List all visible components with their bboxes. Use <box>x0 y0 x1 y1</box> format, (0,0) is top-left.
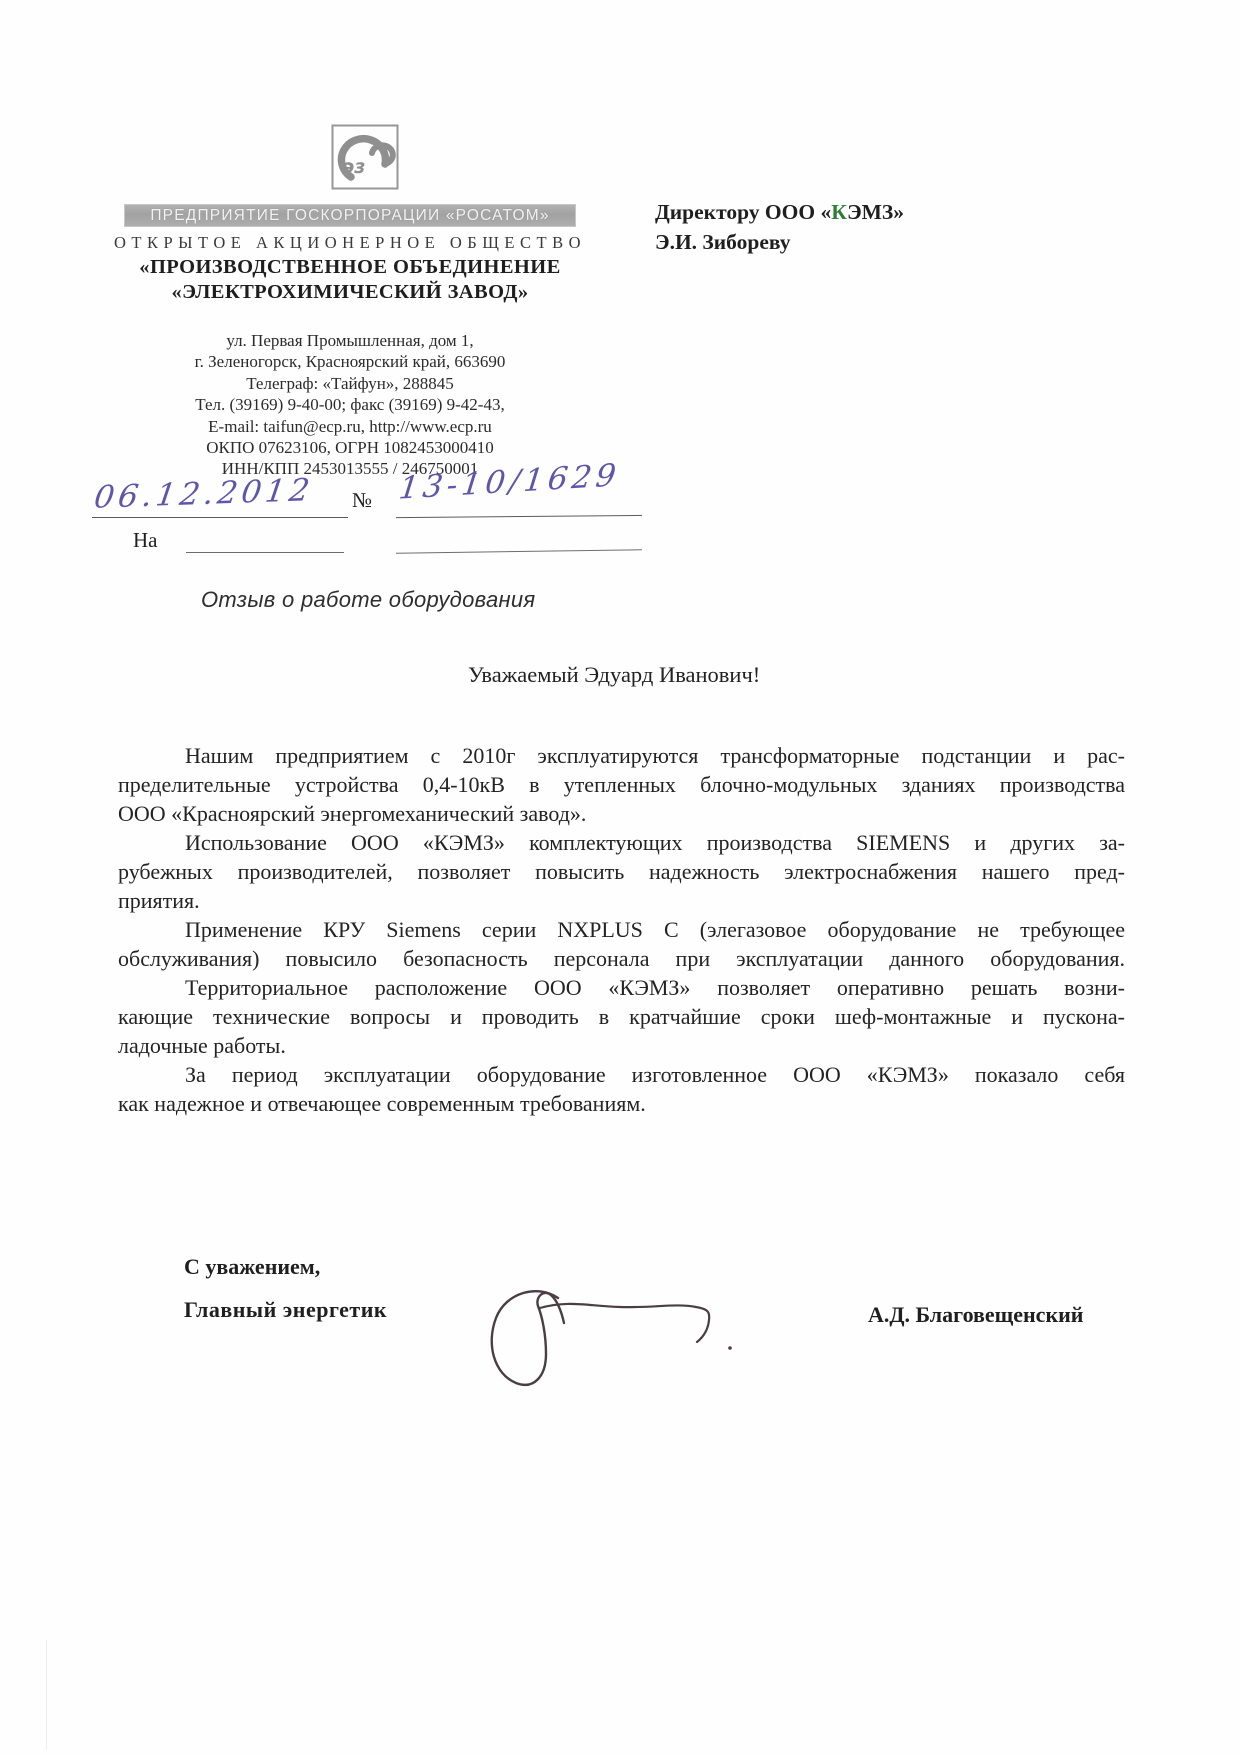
body-line: приятия. <box>118 886 1125 915</box>
body-line: Территориальное расположение ООО «КЭМЗ» … <box>118 973 1125 1002</box>
reply-to-label: На <box>133 528 158 553</box>
body-line: пределительные устройства 0,4-10кВ в уте… <box>118 770 1125 799</box>
closing-regards: С уважением, <box>184 1254 320 1280</box>
body-line: обслуживания) повысило безопасность перс… <box>118 944 1125 973</box>
address-line: Телеграф: «Тайфун», 288845 <box>70 373 630 394</box>
address-line: г. Зеленогорск, Красноярский край, 66369… <box>70 351 630 372</box>
date-underline <box>92 517 348 518</box>
letter-page: эз ПРЕДПРИЯТИЕ ГОСКОРПОРАЦИИ «РОСАТОМ» О… <box>0 0 1240 1755</box>
banner-text: ПРЕДПРИЯТИЕ ГОСКОРПОРАЦИИ «РОСАТОМ» <box>150 207 549 225</box>
recipient-line2: Э.И. Зибореву <box>655 227 904 257</box>
body-line: как надежное и отвечающее современным тр… <box>118 1089 1125 1118</box>
number-sign: № <box>352 488 372 513</box>
body-line: Использование ООО «КЭМЗ» комплектующих п… <box>118 828 1125 857</box>
salutation: Уважаемый Эдуард Иванович! <box>468 662 760 688</box>
signer-position: Главный энергетик <box>184 1297 387 1323</box>
svg-text:эз: эз <box>343 156 365 178</box>
body-line: кающие технические вопросы и проводить в… <box>118 1002 1125 1031</box>
body-line: Нашим предприятием с 2010г эксплуатируют… <box>118 741 1125 770</box>
address-line: ул. Первая Промышленная, дом 1, <box>70 330 630 351</box>
subject-line: Отзыв о работе оборудования <box>201 587 535 613</box>
address-line: ОКПО 07623106, ОГРН 1082453000410 <box>70 437 630 458</box>
body-line: За период эксплуатации оборудование изго… <box>118 1060 1125 1089</box>
signer-name: А.Д. Благовещенский <box>868 1302 1083 1328</box>
recipient-line1: Директору ООО «КЭМЗ» <box>655 197 904 227</box>
recipient-block: Директору ООО «КЭМЗ» Э.И. Зибореву <box>655 197 904 257</box>
reply-blank-line-2 <box>396 549 642 553</box>
body-line: ладочные работы. <box>118 1031 1125 1060</box>
body-line: рубежных производителей, позволяет повыс… <box>118 857 1125 886</box>
recipient-highlight-letter: К <box>831 200 847 224</box>
body-line: ООО «Красноярский энергомеханический зав… <box>118 799 1125 828</box>
scan-artifact <box>46 1640 47 1750</box>
number-underline <box>396 515 642 518</box>
address-line: Тел. (39169) 9-40-00; факс (39169) 9-42-… <box>70 394 630 415</box>
org-name-line2: «ЭЛЕКТРОХИМИЧЕСКИЙ ЗАВОД» <box>70 281 630 304</box>
recipient-prefix: Директору ООО « <box>655 200 831 224</box>
signature-scribble <box>468 1276 788 1406</box>
reply-blank-line-1 <box>186 552 344 553</box>
recipient-suffix: ЭМЗ» <box>847 200 904 224</box>
address-line: E-mail: taifun@ecp.ru, http://www.ecp.ru <box>70 416 630 437</box>
ecp-logo-icon: эз <box>331 124 399 190</box>
org-name-line1: «ПРОИЗВОДСТВЕННОЕ ОБЪЕДИНЕНИЕ <box>70 256 630 279</box>
org-type: ОТКРЫТОЕ АКЦИОНЕРНОЕ ОБЩЕСТВО <box>70 233 630 253</box>
org-address-block: ул. Первая Промышленная, дом 1, г. Зелен… <box>70 330 630 480</box>
letter-body: Нашим предприятием с 2010г эксплуатируют… <box>118 741 1125 1118</box>
handwritten-date: 06.12.2012 <box>92 472 316 516</box>
body-line: Применение КРУ Siemens серии NXPLUS C (э… <box>118 915 1125 944</box>
rosatom-banner: ПРЕДПРИЯТИЕ ГОСКОРПОРАЦИИ «РОСАТОМ» <box>124 204 576 227</box>
